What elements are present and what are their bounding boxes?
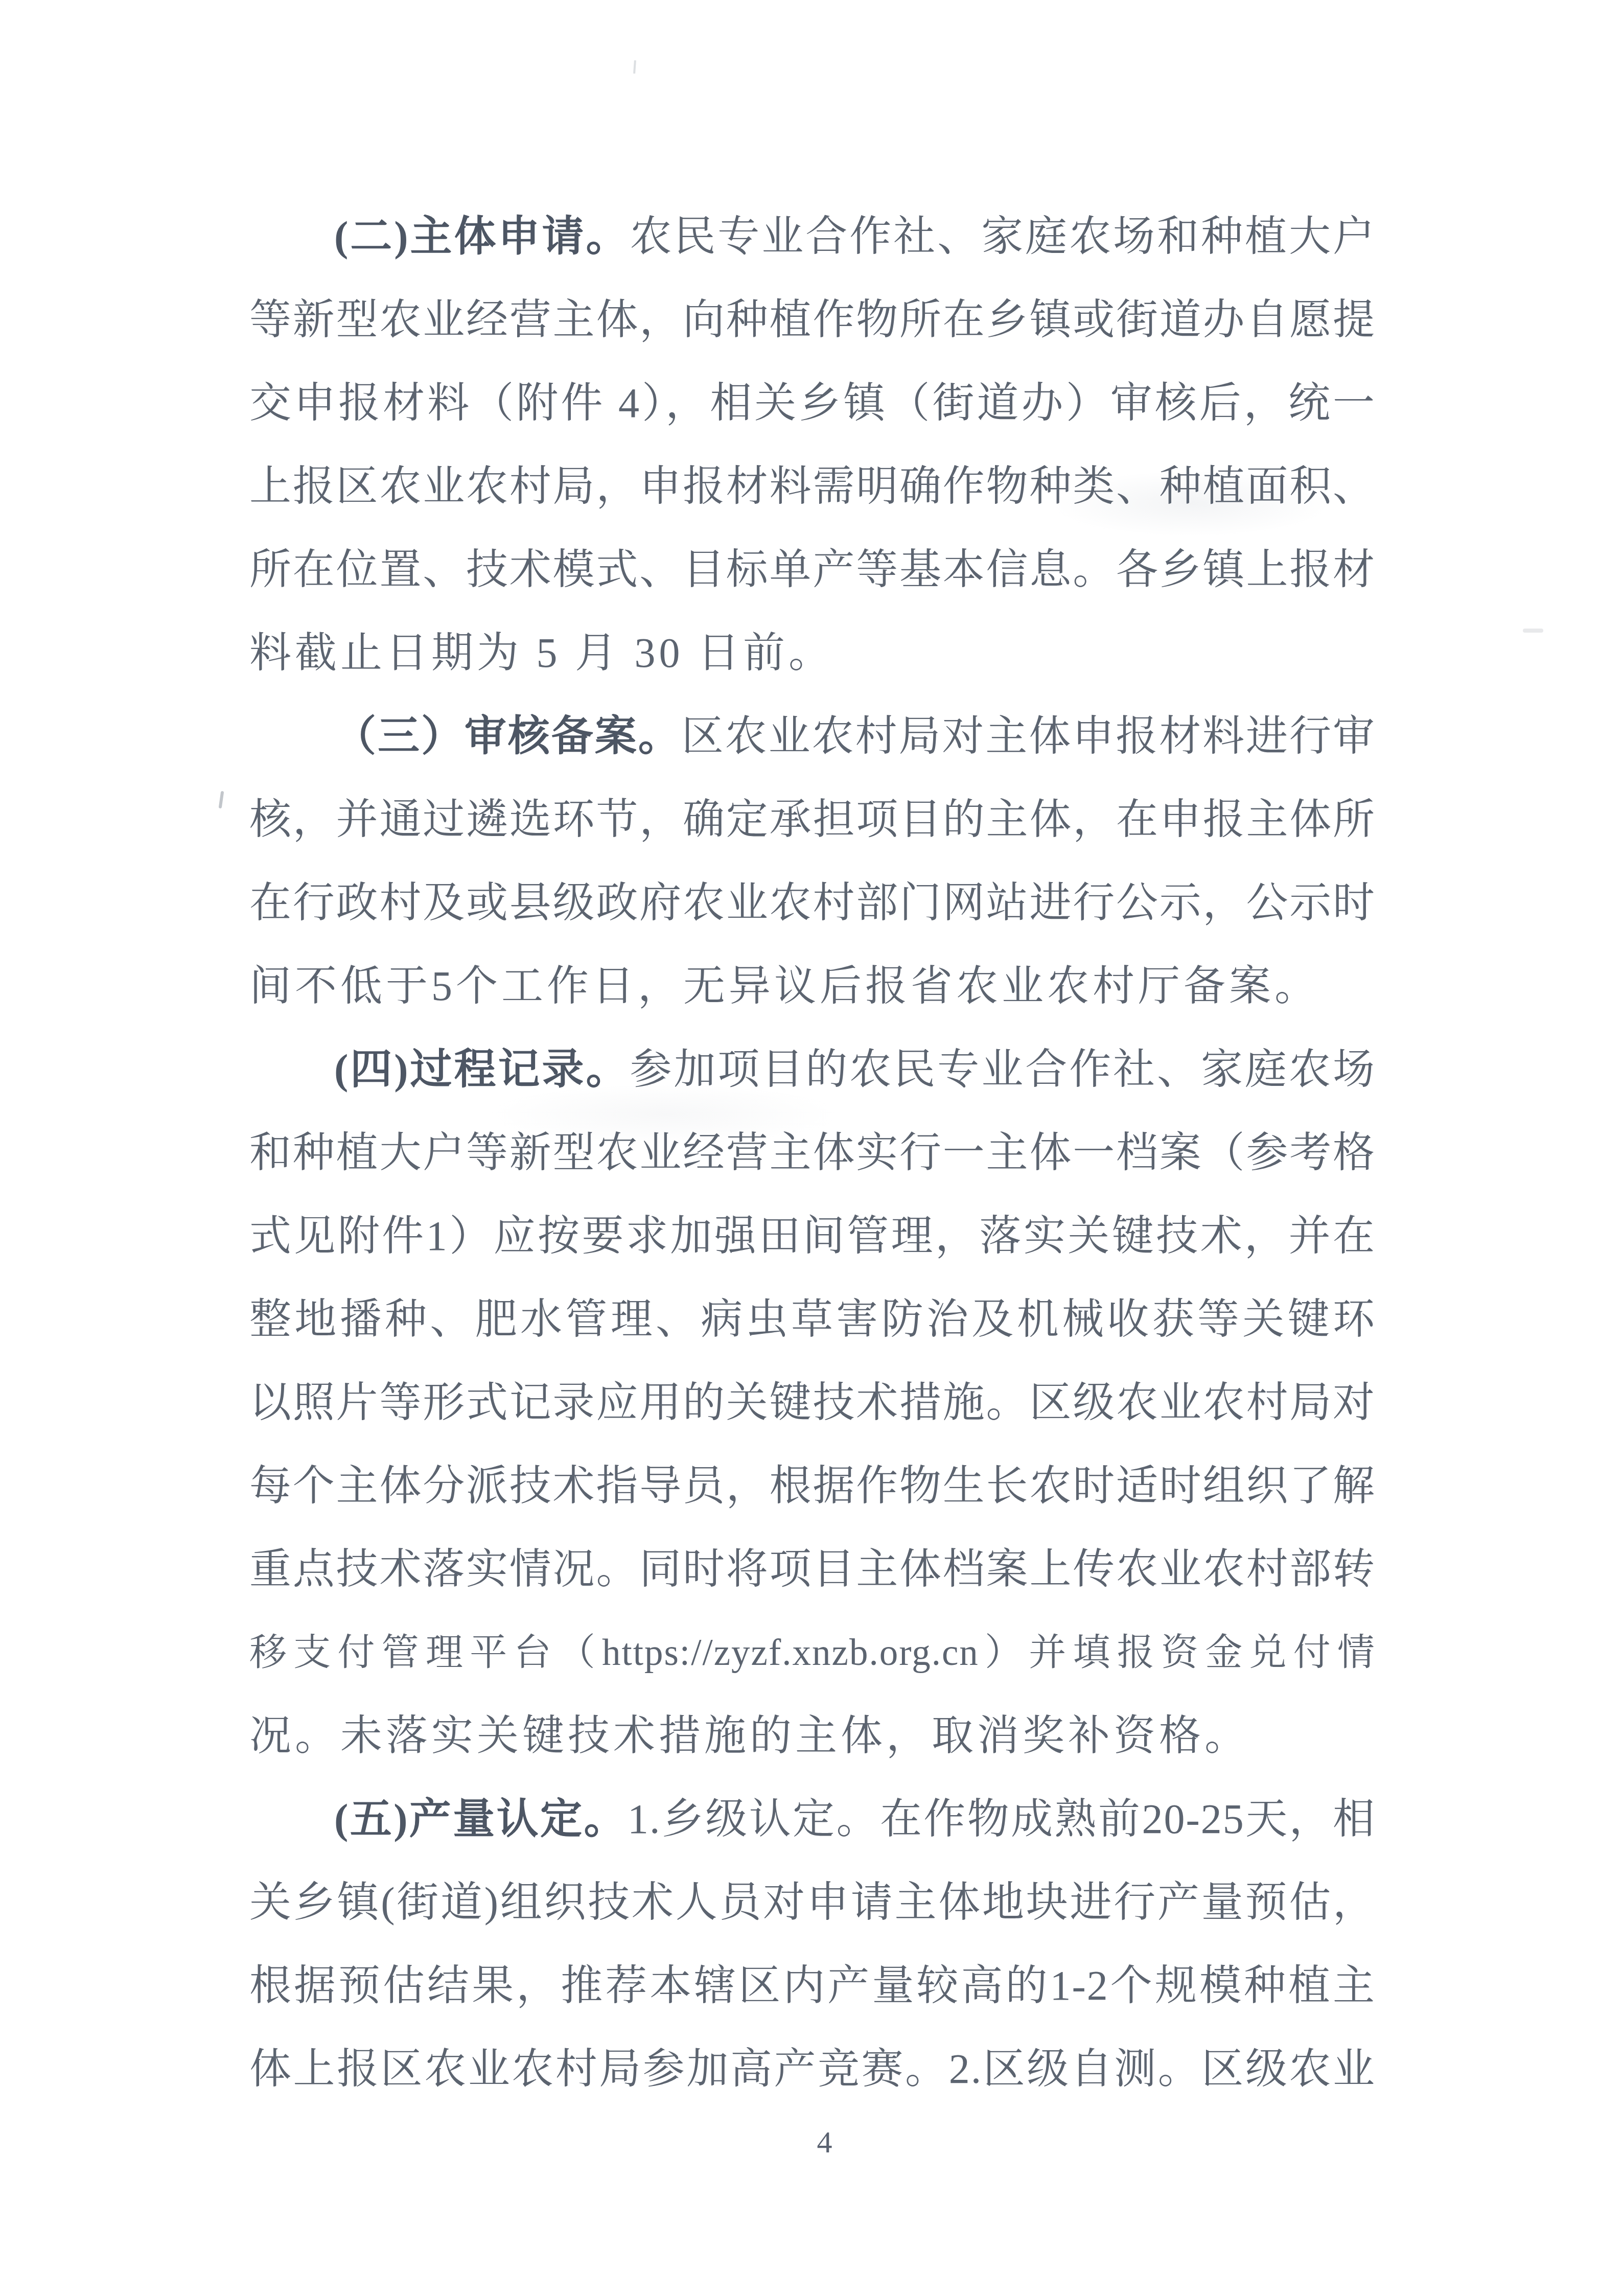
text-line: 上报区农业农村局，申报材料需明确作物种类、种植面积、 bbox=[249, 445, 1376, 528]
text-line: 重点技术落实情况。同时将项目主体档案上传农业农村部转 bbox=[249, 1527, 1376, 1611]
text-line: 式见附件1）应按要求加强田间管理，落实关键技术，并在 bbox=[249, 1194, 1376, 1278]
line-text: 重点技术落实情况。同时将项目主体档案上传农业农村部转 bbox=[249, 1546, 1376, 1592]
line-text: 区农业农村局对主体申报材料进行审 bbox=[682, 713, 1376, 759]
line-text: 根据预估结果，推荐本辖区内产量较高的1-2个规模种植主 bbox=[249, 1962, 1376, 2009]
text-line: 整地播种、肥水管理、病虫草害防治及机械收获等关键环节， bbox=[249, 1278, 1376, 1361]
line-text: 参加项目的农民专业合作社、家庭农场 bbox=[630, 1046, 1376, 1093]
line-text: 每个主体分派技术指导员，根据作物生长农时适时组织了解 bbox=[249, 1463, 1376, 1509]
line-text: 整地播种、肥水管理、病虫草害防治及机械收获等关键环节， bbox=[249, 1296, 1376, 1361]
line-text: 所在位置、技术模式、目标单产等基本信息。各乡镇上报材 bbox=[249, 546, 1376, 593]
line-text: 式见附件1）应按要求加强田间管理，落实关键技术，并在 bbox=[249, 1213, 1376, 1259]
body-text: (二)主体申请。农民专业合作社、家庭农场和种植大户 等新型农业经营主体，向种植作… bbox=[249, 195, 1376, 2111]
section-heading: （三）审核备案。 bbox=[334, 713, 682, 759]
line-text: 体上报区农业农村局参加高产竞赛。2.区级自测。区级农业 bbox=[249, 2046, 1376, 2092]
section-heading: (四)过程记录。 bbox=[334, 1046, 630, 1093]
line-text: 料截止日期为 5 月 30 日前。 bbox=[249, 630, 834, 676]
text-line: (五)产量认定。1.乡级认定。在作物成熟前20-25天，相 bbox=[249, 1777, 1376, 1861]
line-text: 上报区农业农村局，申报材料需明确作物种类、种植面积、 bbox=[249, 463, 1376, 509]
text-line: （三）审核备案。区农业农村局对主体申报材料进行审 bbox=[249, 694, 1376, 778]
text-line: 和种植大户等新型农业经营主体实行一主体一档案（参考格 bbox=[249, 1111, 1376, 1194]
text-line: 等新型农业经营主体，向种植作物所在乡镇或街道办自愿提 bbox=[249, 278, 1376, 361]
line-text: 1.乡级认定。在作物成熟前20-25天，相 bbox=[628, 1796, 1376, 1842]
text-line: (二)主体申请。农民专业合作社、家庭农场和种植大户 bbox=[249, 195, 1376, 278]
document-page: (二)主体申请。农民专业合作社、家庭农场和种植大户 等新型农业经营主体，向种植作… bbox=[0, 0, 1623, 2296]
text-line: (四)过程记录。参加项目的农民专业合作社、家庭农场 bbox=[249, 1028, 1376, 1111]
page-number: 4 bbox=[262, 2125, 1388, 2160]
text-line: 所在位置、技术模式、目标单产等基本信息。各乡镇上报材 bbox=[249, 528, 1376, 611]
text-line: 根据预估结果，推荐本辖区内产量较高的1-2个规模种植主 bbox=[249, 1944, 1376, 2027]
section-heading: (二)主体申请。 bbox=[334, 213, 630, 260]
text-line: 体上报区农业农村局参加高产竞赛。2.区级自测。区级农业 bbox=[249, 2027, 1376, 2111]
line-text: 核，并通过遴选环节，确定承担项目的主体，在申报主体所 bbox=[249, 796, 1376, 843]
line-text: 农民专业合作社、家庭农场和种植大户 bbox=[630, 213, 1376, 260]
line-text: 在行政村及或县级政府农业农村部门网站进行公示，公示时 bbox=[249, 879, 1376, 926]
line-text: 等新型农业经营主体，向种植作物所在乡镇或街道办自愿提 bbox=[249, 296, 1376, 343]
scan-artifact bbox=[1523, 629, 1543, 633]
line-text: 况。未落实关键技术措施的主体，取消奖补资格。 bbox=[249, 1712, 1250, 1759]
section-heading: (五)产量认定。 bbox=[334, 1796, 628, 1842]
line-text: 关乡镇(街道)组织技术人员对申请主体地块进行产量预估， bbox=[249, 1879, 1376, 1926]
text-line: 移支付管理平台（https://zyzf.xnzb.org.cn）并填报资金兑付… bbox=[249, 1611, 1376, 1694]
text-line: 核，并通过遴选环节，确定承担项目的主体，在申报主体所 bbox=[249, 778, 1376, 861]
text-line: 每个主体分派技术指导员，根据作物生长农时适时组织了解 bbox=[249, 1444, 1376, 1527]
text-line: 关乡镇(街道)组织技术人员对申请主体地块进行产量预估， bbox=[249, 1861, 1376, 1944]
line-text: 间不低于5个工作日，无异议后报省农业农村厅备案。 bbox=[249, 963, 1320, 1009]
scan-artifact bbox=[633, 60, 636, 74]
text-line: 间不低于5个工作日，无异议后报省农业农村厅备案。 bbox=[249, 944, 1376, 1028]
scan-artifact bbox=[219, 791, 224, 809]
line-text: 和种植大户等新型农业经营主体实行一主体一档案（参考格 bbox=[249, 1129, 1376, 1176]
line-text: 移支付管理平台（https://zyzf.xnzb.org.cn）并填报资金兑付… bbox=[249, 1632, 1376, 1673]
text-line: 以照片等形式记录应用的关键技术措施。区级农业农村局对 bbox=[249, 1361, 1376, 1444]
line-text: 以照片等形式记录应用的关键技术措施。区级农业农村局对 bbox=[249, 1379, 1376, 1426]
text-line: 料截止日期为 5 月 30 日前。 bbox=[249, 611, 1376, 694]
text-line: 在行政村及或县级政府农业农村部门网站进行公示，公示时 bbox=[249, 861, 1376, 944]
text-line: 交申报材料（附件 4），相关乡镇（街道办）审核后，统一 bbox=[249, 361, 1376, 445]
line-text: 交申报材料（附件 4），相关乡镇（街道办）审核后，统一 bbox=[249, 380, 1376, 426]
text-line: 况。未落实关键技术措施的主体，取消奖补资格。 bbox=[249, 1694, 1376, 1777]
